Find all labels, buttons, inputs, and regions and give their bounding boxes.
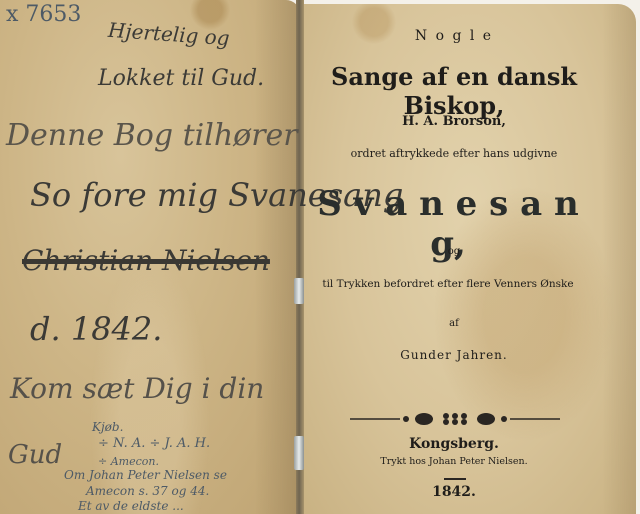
- inscription-line: Kom sæt Dig i din: [10, 372, 264, 405]
- inscription-line: Lokket til Gud.: [98, 66, 264, 91]
- catalog-number: x 7653: [6, 2, 81, 27]
- title-line-sange: Sange af en dansk Biskop,: [304, 62, 604, 120]
- title-page: N o g l e Sange af en dansk Biskop, H. A…: [304, 4, 636, 514]
- title-line-trykken: til Trykken befordret efter flere Venner…: [298, 278, 598, 290]
- inscription-date: d. 1842.: [30, 310, 162, 348]
- pencil-note: ÷ Amecon.: [98, 455, 159, 468]
- pencil-note: Amecon s. 37 og 44.: [86, 484, 209, 498]
- pencil-note: Et av de eldste ...: [78, 499, 184, 513]
- editor-name: Gunder Jahren.: [304, 348, 604, 362]
- printer-line: Trykt hos Johan Peter Nielsen.: [304, 456, 604, 467]
- pencil-note: Om Johan Peter Nielsen se: [64, 468, 227, 482]
- title-line-nogle: N o g l e: [304, 28, 604, 44]
- title-line-af: af: [304, 318, 604, 329]
- inscription-line: Hjertelig og: [107, 18, 230, 50]
- inscription-line: Gud: [8, 440, 62, 470]
- ornament-divider: [350, 412, 560, 426]
- struck-name: Christian Nielsen: [22, 244, 270, 277]
- inscription-line: Denne Bog tilhører: [6, 118, 298, 153]
- title-line-og: og: [304, 246, 604, 257]
- author-name: H. A. Brorson,: [304, 114, 604, 129]
- place-kongsberg: Kongsberg.: [304, 436, 604, 452]
- publication-year: 1842.: [304, 484, 604, 500]
- left-endpaper: x 7653 Hjertelig og Lokket til Gud. Denn…: [0, 0, 300, 514]
- pencil-note: Kjøb.: [92, 420, 123, 434]
- pencil-note: ÷ N. A. ÷ J. A. H.: [98, 436, 210, 451]
- binding-staple: [294, 436, 304, 470]
- title-line-ordret: ordret aftrykkede efter hans udgivne: [304, 147, 604, 160]
- short-rule: [444, 478, 466, 480]
